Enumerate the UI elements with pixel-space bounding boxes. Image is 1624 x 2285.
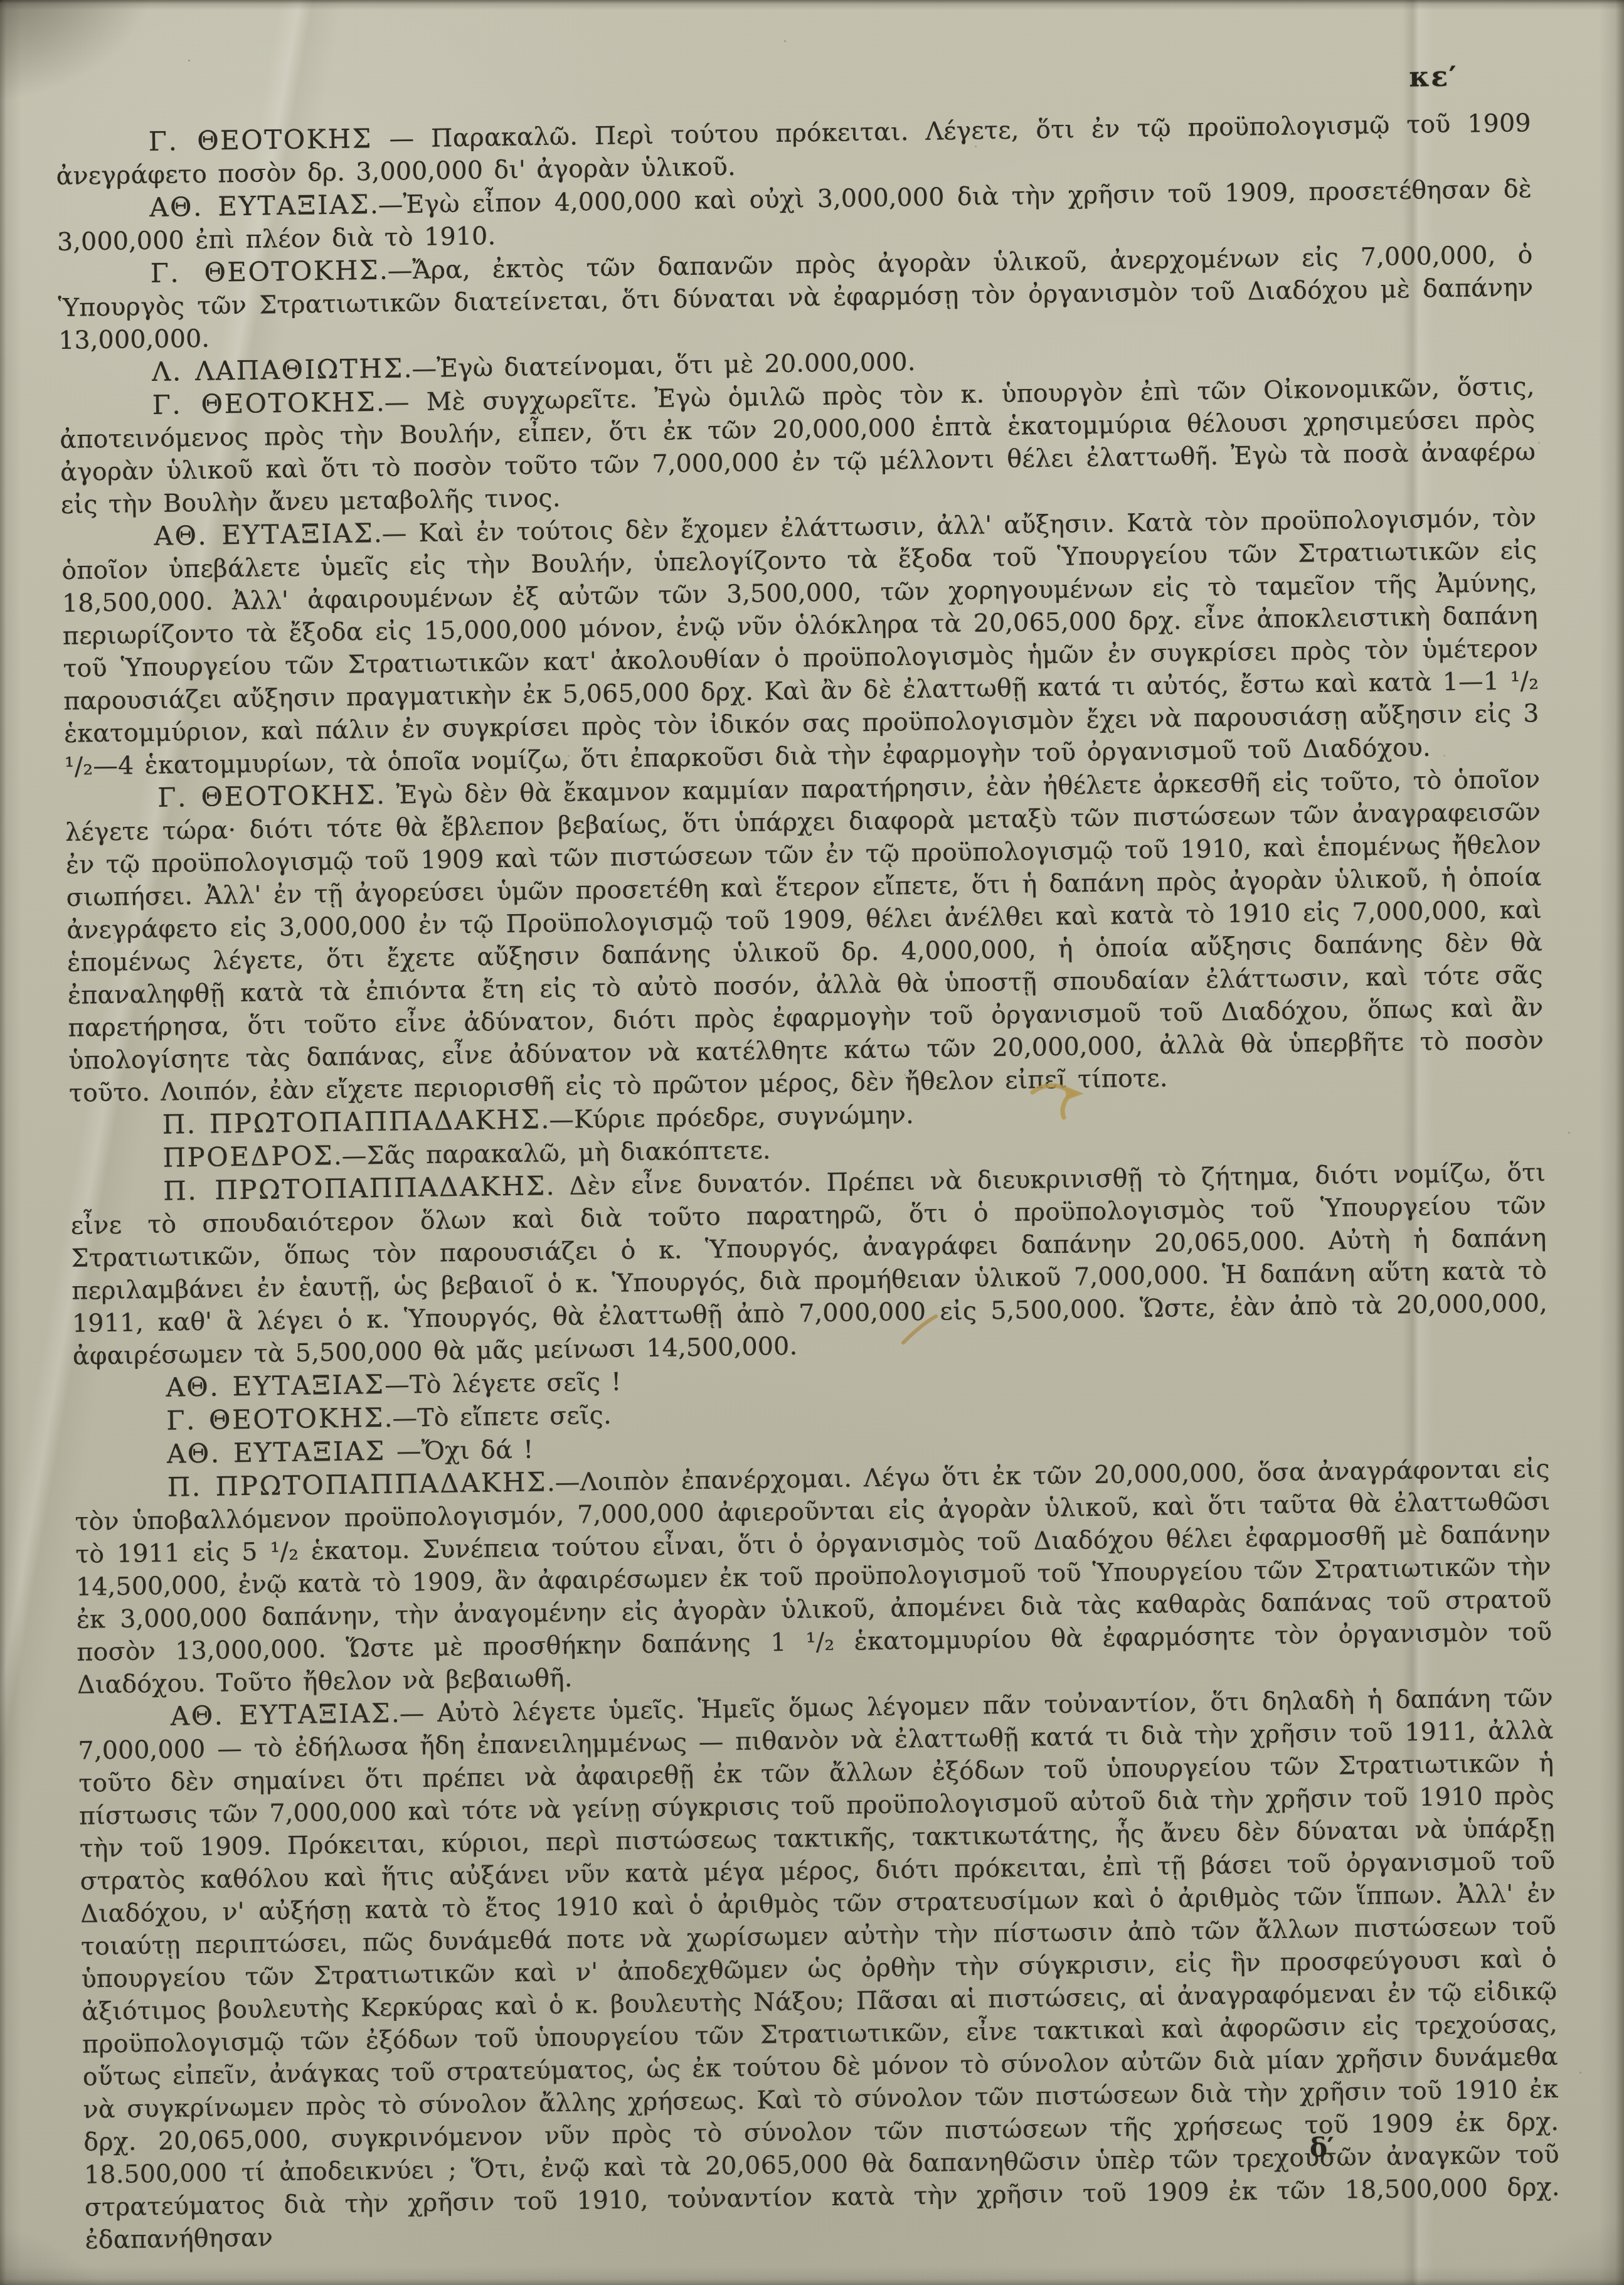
signature-mark: δ′ — [1309, 2131, 1335, 2163]
speaker-name: ΑΘ. ΕΥΤΑΞΙΑΣ — [154, 518, 374, 551]
speech-text: Ἐγὼ δὲν θὰ ἔκαμνον καμμίαν παρατήρησιν, … — [65, 765, 1544, 1108]
speech-text: Ὄχι δά ! — [422, 1435, 534, 1466]
speaker-separator: — — [386, 1437, 422, 1466]
speaker-name: ΠΡΟΕΔΡΟΣ — [162, 1140, 334, 1173]
speaker-separator: .— — [403, 354, 437, 384]
speaker-name: Γ. ΘΕΟΤΟΚΗΣ — [152, 386, 376, 420]
speaker-name: Λ. ΛΑΠΑΘΙΩΤΗΣ — [152, 353, 404, 387]
speech-text: Τὸ λέγετε σεῖς ! — [410, 1368, 622, 1400]
speaker-name: ΑΘ. ΕΥΤΑΞΙΑΣ — [167, 1435, 386, 1469]
speaker-name: Γ. ΘΕΟΤΟΚΗΣ — [148, 123, 373, 157]
page-text: Γ. ΘΕΟΤΟΚΗΣ — Παρακαλῶ. Περὶ τούτου πρόκ… — [55, 106, 1560, 2257]
speaker-separator: .— — [391, 1699, 438, 1728]
paragraph: Γ. ΘΕΟΤΟΚΗΣ.— Μὲ συγχωρεῖτε. Ἐγὼ ὁμιλῶ π… — [59, 370, 1536, 521]
paragraph: Π. ΠΡΩΤΟΠΑΠΠΑΔΑΚΗΣ.—Λοιπὸν ἐπανέρχομαι. … — [74, 1452, 1552, 1702]
speaker-name: Π. ΠΡΩΤΟΠΑΠΠΑΔΑΚΗΣ — [167, 1466, 547, 1502]
speaker-separator: .— — [334, 1141, 367, 1171]
scanned-document-page: κε′ Γ. ΘΕΟΤΟΚΗΣ — Παρακαλῶ. Περὶ τούτου … — [0, 0, 1624, 2285]
speaker-separator: — — [385, 1370, 410, 1400]
speaker-separator: . — [376, 781, 396, 810]
speaker-separator: .— — [374, 519, 419, 548]
speaker-name: Γ. ΘΕΟΤΟΚΗΣ — [157, 779, 376, 813]
speech-text: Σᾶς παρακαλῶ, μὴ διακόπτετε. — [366, 1136, 771, 1170]
page-content: κε′ Γ. ΘΕΟΤΟΚΗΣ — Παρακαλῶ. Περὶ τούτου … — [55, 60, 1560, 2257]
paragraph: ΑΘ. ΕΥΤΑΞΙΑΣ.— Αὐτὸ λέγετε ὑμεῖς. Ἡμεῖς … — [78, 1681, 1561, 2257]
speech-text: Ἐγὼ διατείνομαι, ὅτι μὲ 20.000,000. — [437, 348, 916, 383]
speech-text: Τὸ εἴπετε σεῖς. — [417, 1401, 612, 1432]
speaker-name: ΑΘ. ΕΥΤΑΞΙΑΣ — [166, 1369, 385, 1403]
speaker-name: Γ. ΘΕΟΤΟΚΗΣ — [150, 255, 379, 289]
paragraph: Π. ΠΡΩΤΟΠΑΠΠΑΔΑΚΗΣ. Δὲν εἶνε δυνατόν. Πρ… — [70, 1156, 1548, 1373]
speaker-separator: .— — [384, 1403, 417, 1433]
paragraph: Γ. ΘΕΟΤΟΚΗΣ. Ἐγὼ δὲν θὰ ἔκαμνον καμμίαν … — [65, 762, 1544, 1110]
speaker-name: ΑΘ. ΕΥΤΑΞΙΑΣ — [149, 189, 370, 223]
paper-speckles — [0, 0, 2, 2]
paragraph: ΑΘ. ΕΥΤΑΞΙΑΣ.— Καὶ ἐν τούτοις δὲν ἔχομεν… — [61, 501, 1540, 783]
speaker-separator: . — [546, 1172, 569, 1201]
speaker-separator: — — [373, 124, 432, 154]
page-number: κε′ — [1409, 61, 1458, 93]
speech-text: Κύριε πρόεδρε, συγνώμην. — [574, 1100, 914, 1134]
speaker-name: Π. ΠΡΩΤΟΠΑΠΠΑΔΑΚΗΣ — [163, 1170, 546, 1206]
speaker-name: Γ. ΘΕΟΤΟΚΗΣ — [166, 1402, 385, 1436]
speaker-separator: .— — [376, 388, 427, 417]
speech-text: Αὐτὸ λέγετε ὑμεῖς. Ἡμεῖς ὅμως λέγομεν πᾶ… — [78, 1683, 1560, 2255]
speaker-name: ΑΘ. ΕΥΤΑΞΙΑΣ — [171, 1698, 392, 1732]
speaker-separator: .— — [541, 1105, 574, 1135]
speaker-name: Π. ΠΡΩΤΟΠΑΠΠΑΔΑΚΗΣ — [162, 1104, 541, 1139]
speaker-separator: .— — [379, 256, 413, 285]
speaker-separator: .— — [370, 190, 403, 220]
speaker-separator: .— — [547, 1468, 580, 1498]
